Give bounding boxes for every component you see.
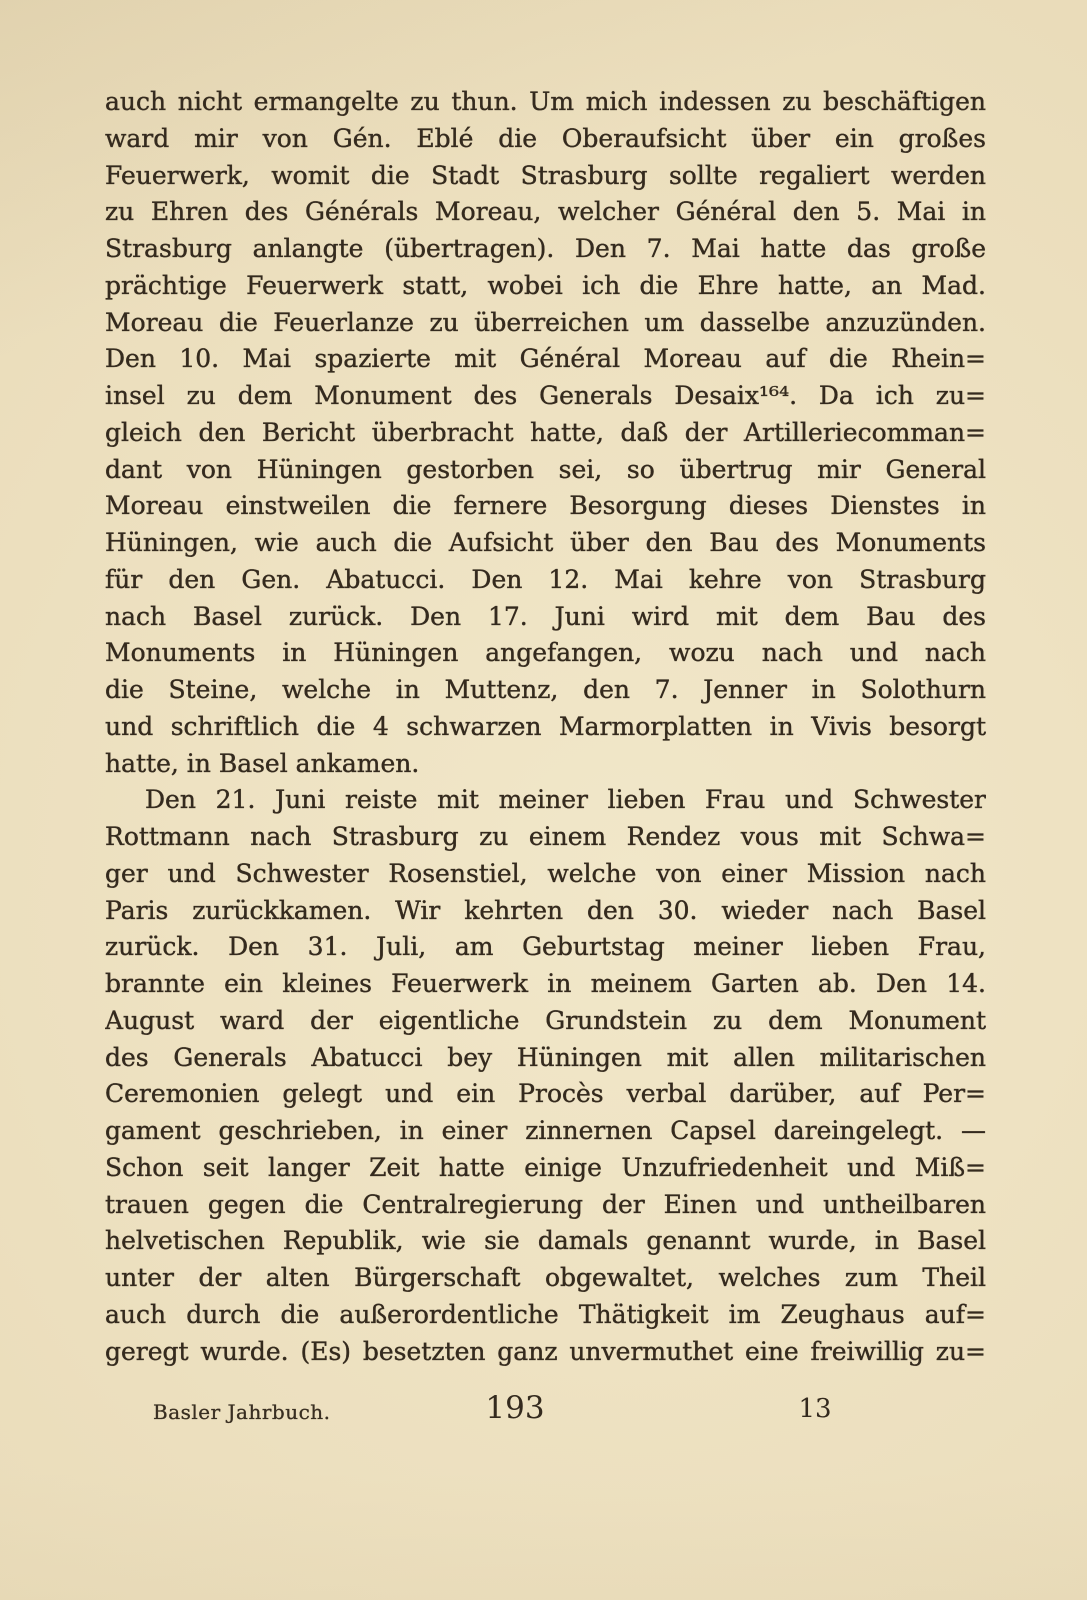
text-line-with-footnote-ref: insel zu dem Monument des Generals Desai… [105, 378, 986, 415]
text-line: zu Ehren des Générals Moreau, welcher Gé… [105, 194, 986, 231]
signature-mark: 13 [785, 1394, 845, 1424]
text-line: unter der alten Bürgerschaft obgewaltet,… [105, 1260, 986, 1297]
page-number: 193 [455, 1390, 575, 1426]
running-title: Basler Jahrbuch. [153, 1400, 331, 1424]
text-line: Schon seit langer Zeit hatte einige Unzu… [105, 1150, 986, 1187]
text-line: Den 10. Mai spazierte mit Général Moreau… [105, 341, 986, 378]
text-line: trauen gegen die Centralregierung der Ei… [105, 1187, 986, 1224]
text-line: zurück. Den 31. Juli, am Geburtstag mein… [105, 929, 986, 966]
text-line: gament geschrieben, in einer zinnernen C… [105, 1113, 986, 1150]
text-line: Feuerwerk, womit die Stadt Strasburg sol… [105, 158, 986, 195]
text-line: ward mir von Gén. Eblé die Oberaufsicht … [105, 121, 986, 158]
text-line: für den Gen. Abatucci. Den 12. Mai kehre… [105, 562, 986, 599]
text-line: Hüningen, wie auch die Aufsicht über den… [105, 525, 986, 562]
text-line: prächtige Feuerwerk statt, wobei ich die… [105, 268, 986, 305]
text-line: dant von Hüningen gestorben sei, so über… [105, 452, 986, 489]
text-line: Moreau die Feuerlanze zu überreichen um … [105, 305, 986, 342]
text-line: die Steine, welche in Muttenz, den 7. Je… [105, 672, 986, 709]
paragraph-end-line: hatte, in Basel ankamen. [105, 746, 986, 783]
text-line: brannte ein kleines Feuerwerk in meinem … [105, 966, 986, 1003]
text-line: auch durch die außerordentliche Thätigke… [105, 1297, 986, 1334]
text-line: ger und Schwester Rosenstiel, welche von… [105, 856, 986, 893]
text-line: des Generals Abatucci bey Hüningen mit a… [105, 1040, 986, 1077]
text-line: Ceremonien gelegt und ein Procès verbal … [105, 1076, 986, 1113]
text-line: nach Basel zurück. Den 17. Juni wird mit… [105, 599, 986, 636]
text-line: gleich den Bericht überbracht hatte, daß… [105, 415, 986, 452]
text-line: geregt wurde. (Es) besetzten ganz unverm… [105, 1334, 986, 1371]
text-line: Strasburg anlangte (übertragen). Den 7. … [105, 231, 986, 268]
text-line: helvetischen Republik, wie sie damals ge… [105, 1223, 986, 1260]
text-line: August ward der eigentliche Grundstein z… [105, 1003, 986, 1040]
text-line: und schriftlich die 4 schwarzen Marmorpl… [105, 709, 986, 746]
body-text-block: auch nicht ermangelte zu thun. Um mich i… [105, 84, 986, 1370]
text-line: Monuments in Hüningen angefangen, wozu n… [105, 635, 986, 672]
page-footer: Basler Jahrbuch. 193 13 [105, 1388, 986, 1438]
text-line: Rottmann nach Strasburg zu einem Rendez … [105, 819, 986, 856]
paragraph-start-line: Den 21. Juni reiste mit meiner lieben Fr… [105, 782, 986, 819]
text-line: Paris zurückkamen. Wir kehrten den 30. w… [105, 893, 986, 930]
text-line: Moreau einstweilen die fernere Besorgung… [105, 488, 986, 525]
scanned-book-page: auch nicht ermangelte zu thun. Um mich i… [0, 0, 1087, 1600]
text-line: auch nicht ermangelte zu thun. Um mich i… [105, 84, 986, 121]
